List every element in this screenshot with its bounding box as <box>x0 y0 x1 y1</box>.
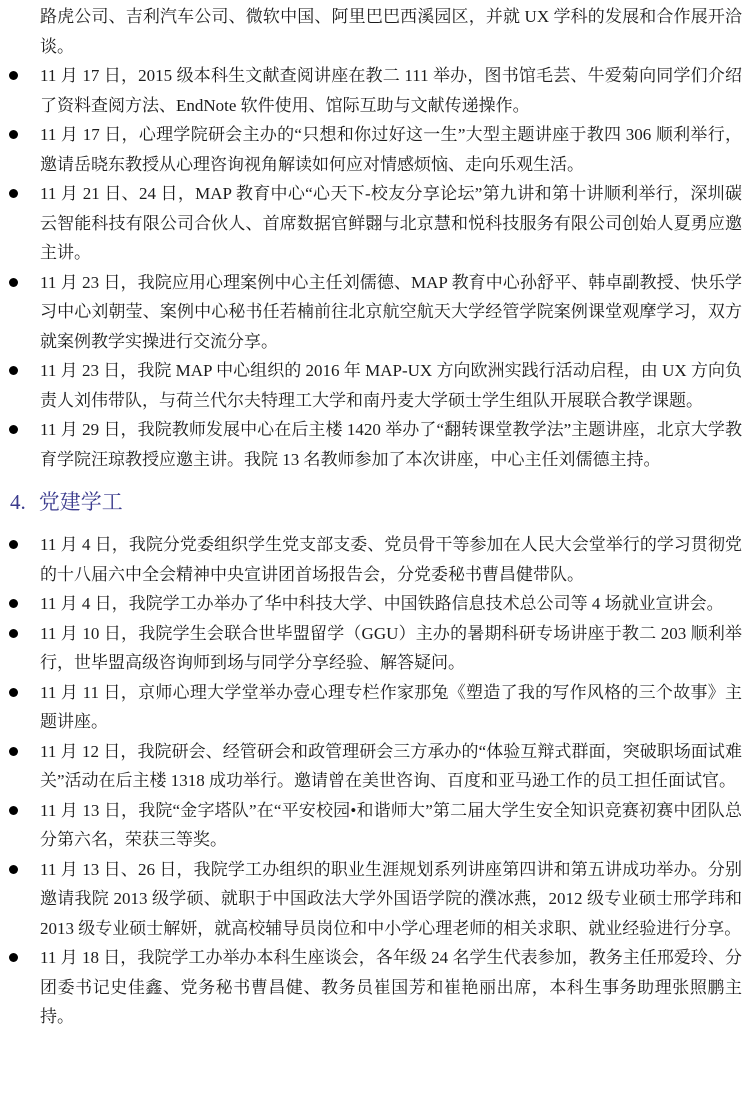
events-list-section4: 11 月 4 日，我院分党委组织学生党支部支委、党员骨干等参加在人民大会堂举行的… <box>0 530 742 1032</box>
bullet-icon <box>9 865 18 874</box>
event-list-item: 11 月 23 日，我院应用心理案例中心主任刘儒德、MAP 教育中心孙舒平、韩卓… <box>0 268 742 357</box>
bullet-icon <box>9 366 18 375</box>
bullet-icon <box>9 130 18 139</box>
bullet-icon <box>9 599 18 608</box>
event-list-item: 11 月 29 日，我院教师发展中心在后主楼 1420 举办了“翻转课堂教学法”… <box>0 415 742 474</box>
event-list-item: 11 月 11 日，京师心理大学堂举办壹心理专栏作家那兔《塑造了我的写作风格的三… <box>0 678 742 737</box>
section-heading: 4.党建学工 <box>0 487 742 518</box>
bullet-icon <box>9 688 18 697</box>
bullet-icon <box>9 953 18 962</box>
event-text: 11 月 17 日，心理学院研会主办的“只想和你过好这一生”大型主题讲座于教四 … <box>40 125 742 174</box>
event-text: 11 月 21 日、24 日，MAP 教育中心“心天下-校友分享论坛”第九讲和第… <box>40 184 742 262</box>
document-page: 路虎公司、吉利汽车公司、微软中国、阿里巴巴西溪园区，并就 UX 学科的发展和合作… <box>0 0 750 1102</box>
event-list-item: 11 月 4 日，我院分党委组织学生党支部支委、党员骨干等参加在人民大会堂举行的… <box>0 530 742 589</box>
event-text: 11 月 10 日，我院学生会联合世毕盟留学（GGU）主办的暑期科研专场讲座于教… <box>40 624 742 673</box>
event-list-item: 11 月 18 日，我院学工办举办本科生座谈会，各年级 24 名学生代表参加，教… <box>0 943 742 1032</box>
bullet-icon <box>9 629 18 638</box>
event-list-item: 11 月 12 日，我院研会、经管研会和政管理研会三方承办的“体验互辩式群面，突… <box>0 737 742 796</box>
bullet-icon <box>9 189 18 198</box>
event-list-item: 11 月 17 日，心理学院研会主办的“只想和你过好这一生”大型主题讲座于教四 … <box>0 120 742 179</box>
bullet-icon <box>9 747 18 756</box>
event-text: 11 月 18 日，我院学工办举办本科生座谈会，各年级 24 名学生代表参加，教… <box>40 948 742 1026</box>
event-list-item: 11 月 13 日，我院“金字塔队”在“平安校园•和谐师大”第二届大学生安全知识… <box>0 796 742 855</box>
event-text: 11 月 11 日，京师心理大学堂举办壹心理专栏作家那兔《塑造了我的写作风格的三… <box>40 683 742 732</box>
bullet-icon <box>9 425 18 434</box>
continuation-paragraph: 路虎公司、吉利汽车公司、微软中国、阿里巴巴西溪园区，并就 UX 学科的发展和合作… <box>40 2 742 61</box>
event-list-item: 11 月 10 日，我院学生会联合世毕盟留学（GGU）主办的暑期科研专场讲座于教… <box>0 619 742 678</box>
event-list-item: 11 月 17 日，2015 级本科生文献查阅讲座在教二 111 举办，图书馆毛… <box>0 61 742 120</box>
bullet-icon <box>9 540 18 549</box>
event-list-item: 11 月 23 日，我院 MAP 中心组织的 2016 年 MAP-UX 方向欧… <box>0 356 742 415</box>
event-text: 11 月 23 日，我院 MAP 中心组织的 2016 年 MAP-UX 方向欧… <box>40 361 742 410</box>
bullet-icon <box>9 806 18 815</box>
events-list-section3: 11 月 17 日，2015 级本科生文献查阅讲座在教二 111 举办，图书馆毛… <box>0 61 742 474</box>
event-text: 11 月 4 日，我院分党委组织学生党支部支委、党员骨干等参加在人民大会堂举行的… <box>40 535 742 584</box>
event-text: 11 月 17 日，2015 级本科生文献查阅讲座在教二 111 举办，图书馆毛… <box>40 66 742 115</box>
event-text: 11 月 13 日，我院“金字塔队”在“平安校园•和谐师大”第二届大学生安全知识… <box>40 801 742 850</box>
event-text: 11 月 12 日，我院研会、经管研会和政管理研会三方承办的“体验互辩式群面，突… <box>40 742 742 791</box>
section-title: 党建学工 <box>39 491 123 514</box>
bullet-icon <box>9 71 18 80</box>
event-list-item: 11 月 21 日、24 日，MAP 教育中心“心天下-校友分享论坛”第九讲和第… <box>0 179 742 268</box>
event-text: 11 月 4 日，我院学工办举办了华中科技大学、中国铁路信息技术总公司等 4 场… <box>40 594 724 613</box>
section-number: 4. <box>10 490 26 514</box>
event-text: 11 月 23 日，我院应用心理案例中心主任刘儒德、MAP 教育中心孙舒平、韩卓… <box>40 273 742 351</box>
event-list-item: 11 月 13 日、26 日，我院学工办组织的职业生涯规划系列讲座第四讲和第五讲… <box>0 855 742 944</box>
bullet-icon <box>9 278 18 287</box>
event-text: 11 月 29 日，我院教师发展中心在后主楼 1420 举办了“翻转课堂教学法”… <box>40 420 742 469</box>
event-text: 11 月 13 日、26 日，我院学工办组织的职业生涯规划系列讲座第四讲和第五讲… <box>40 860 742 938</box>
event-list-item: 11 月 4 日，我院学工办举办了华中科技大学、中国铁路信息技术总公司等 4 场… <box>0 589 742 619</box>
